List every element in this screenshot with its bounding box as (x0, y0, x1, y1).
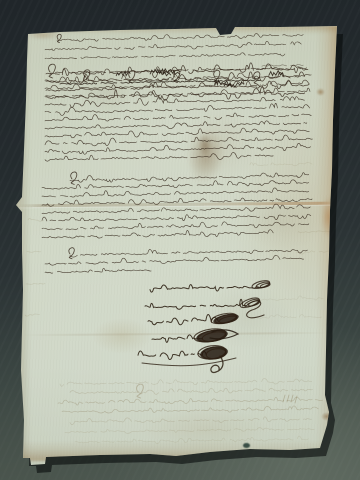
signature-4 (152, 327, 238, 345)
signature-3 (148, 311, 240, 326)
signature-block (138, 279, 270, 372)
signature-2 (145, 296, 264, 318)
handwriting-paragraph-body-second (42, 172, 312, 238)
signature-1 (150, 279, 270, 292)
handwriting-layer (0, 0, 360, 480)
photo-background (0, 0, 360, 480)
handwriting-paragraph-body-main (45, 63, 312, 161)
signature-5 (138, 344, 236, 373)
manuscript-paper (0, 0, 360, 480)
handwriting-paragraph-closing (45, 248, 307, 274)
handwriting-paragraph-opening (45, 34, 303, 59)
ink-bleed-through (25, 163, 333, 444)
